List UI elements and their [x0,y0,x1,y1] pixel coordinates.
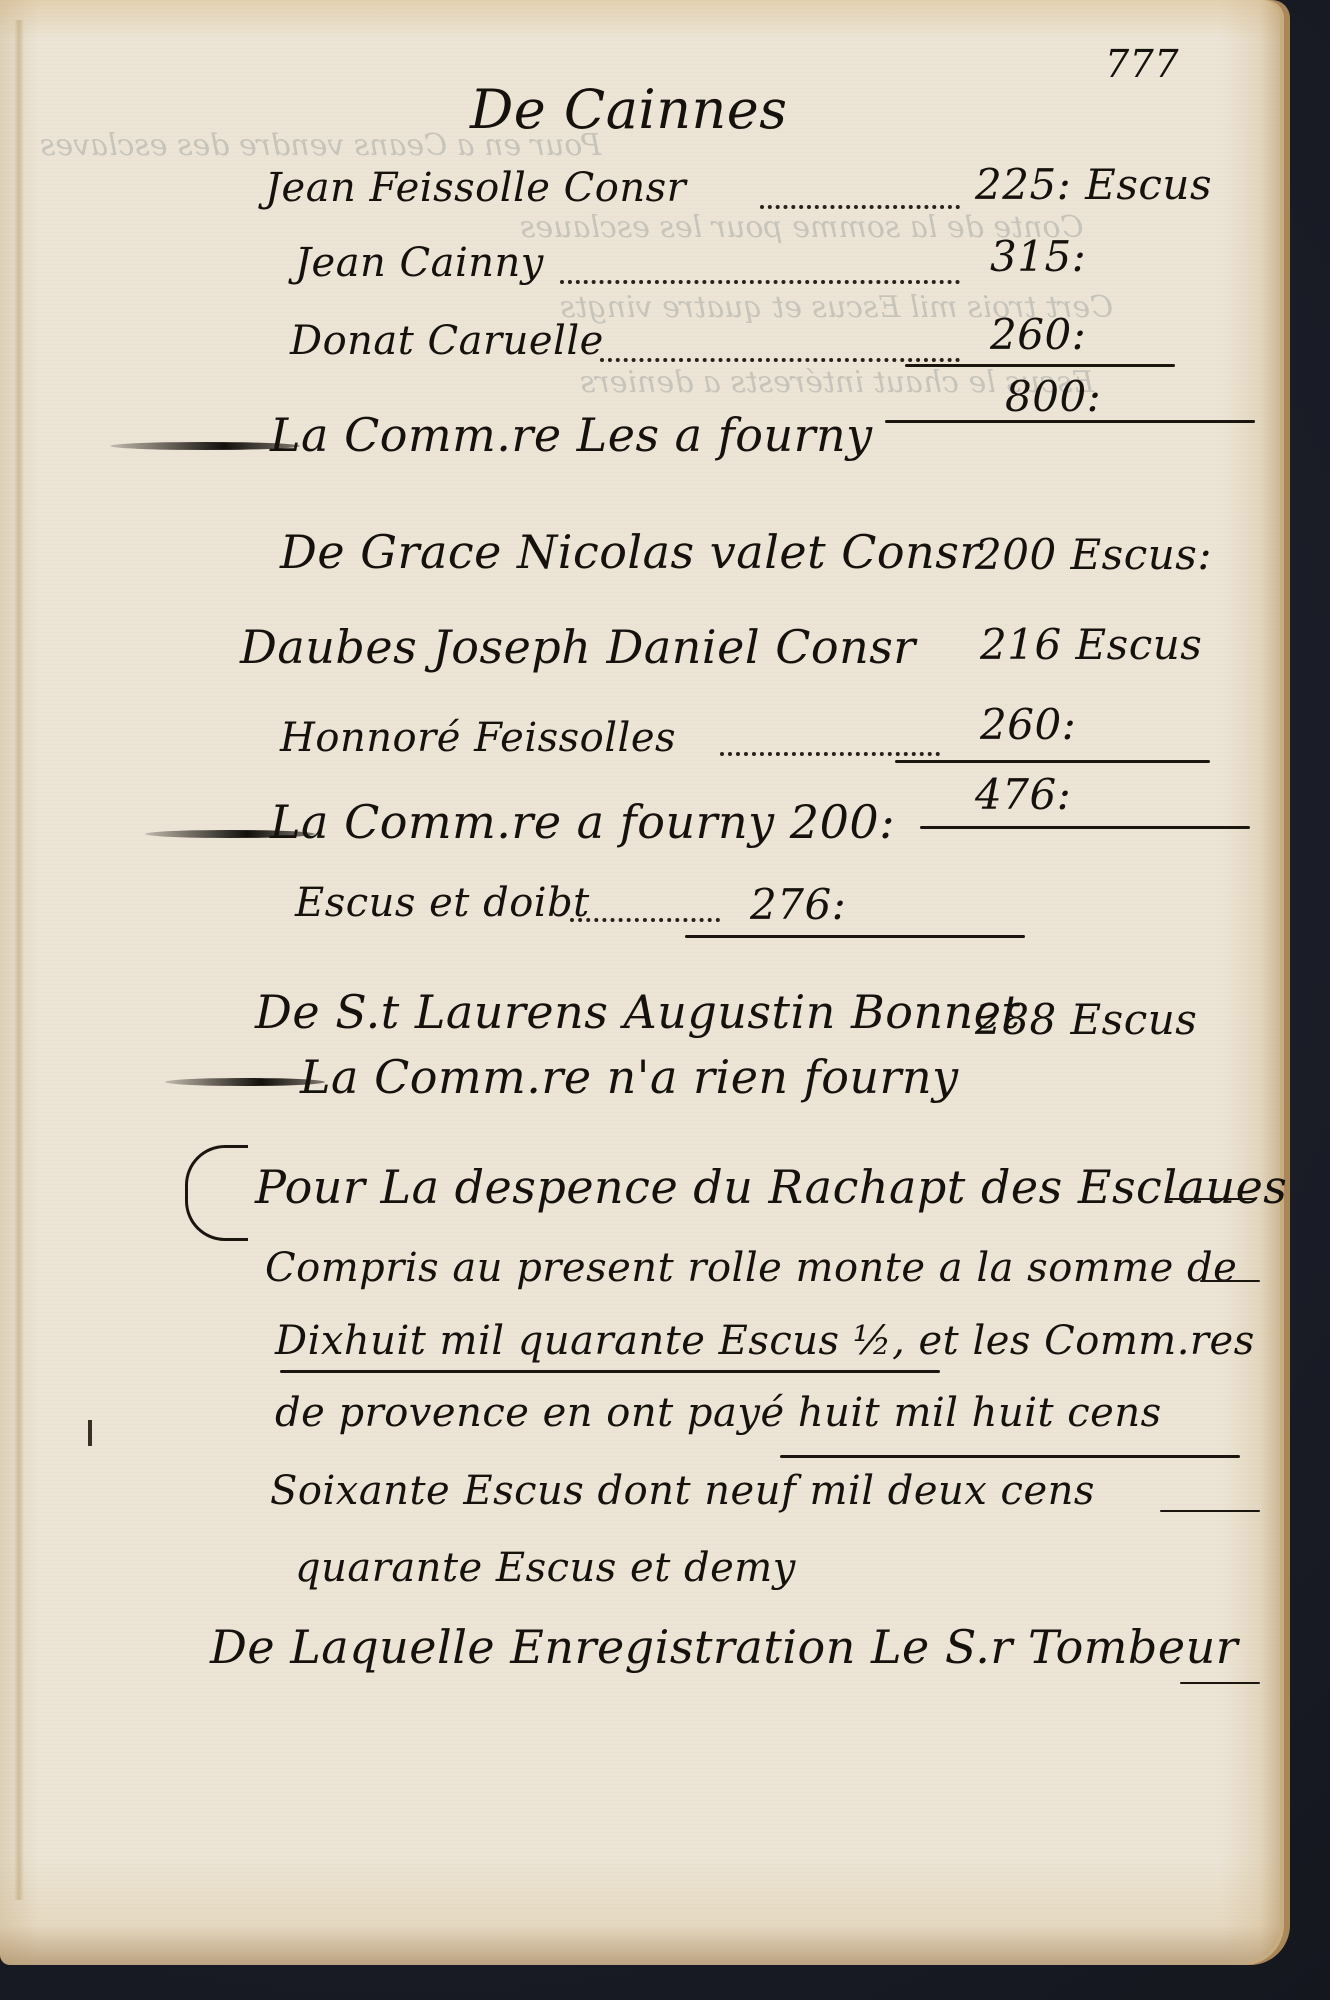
entry-amount: 260: [980,700,1076,749]
entry-amount: 260: [990,310,1086,359]
leader-dots [720,752,940,756]
summary-line: De Laquelle Enregistration Le S.r Tombeu… [210,1620,1238,1674]
entry-amount: 288 Escus [975,995,1197,1044]
leader-dots [760,205,960,209]
divider-rule [920,826,1250,829]
entry-name: De S.t Laurens Augustin Bonnet [255,985,1020,1039]
section-note: La Comm.re Les a fourny [270,408,873,462]
section-total: 476: [975,770,1071,819]
entry-name: Jean Cainny [295,240,544,286]
section-note: La Comm.re n'a rien fourny [300,1050,959,1104]
summary-line: Pour La despence du Rachapt des Esclaues [255,1160,1287,1214]
summary-line: Soixante Escus dont neuf mil deux cens [270,1468,1095,1514]
line-filler [1160,1510,1260,1512]
balance-amount: 276: [750,880,846,929]
summary-line: de provence en ont payé huit mil huit ce… [275,1390,1162,1436]
leader-dots [570,918,720,922]
margin-mark [88,1420,92,1446]
entry-amount: 200 Escus: [975,530,1212,579]
entry-amount: 216 Escus [980,620,1202,669]
bracket-flourish [185,1145,248,1241]
section-total: 800: [1005,372,1101,421]
manuscript-page: Pour en a Ceans vendre des esclaves Cont… [0,0,1290,1965]
line-filler [1200,1280,1260,1282]
entry-name: Jean Feissolle Consr [265,165,686,211]
entry-name: Donat Caruelle [290,318,604,364]
section-note: Escus et doibt [295,880,590,926]
page-heading: De Cainnes [470,78,787,141]
summary-line: Dixhuit mil quarante Escus ½, et les Com… [275,1318,1255,1364]
entry-name: Honnoré Feissolles [280,715,676,761]
page-number: 777 [1105,42,1179,86]
summary-line: quarante Escus et demy [295,1545,796,1591]
line-filler [1165,1198,1255,1200]
entry-name: De Grace Nicolas valet Consr [280,525,982,579]
underline-rule [780,1455,1240,1458]
leader-dots [600,358,960,362]
page-gutter [14,20,24,1900]
sum-rule [895,760,1210,763]
entry-amount: 315: [990,232,1086,281]
section-note: La Comm.re a fourny 200: [270,795,895,849]
sum-rule [685,935,1025,938]
entry-name: Daubes Joseph Daniel Consr [240,620,916,674]
leader-dots [560,280,960,284]
line-filler [1180,1682,1260,1684]
entry-amount: 225: Escus [975,160,1212,209]
divider-rule [885,420,1255,423]
underline-rule [280,1370,940,1373]
sum-rule [905,364,1175,367]
summary-line: Compris au present rolle monte a la somm… [265,1245,1237,1291]
